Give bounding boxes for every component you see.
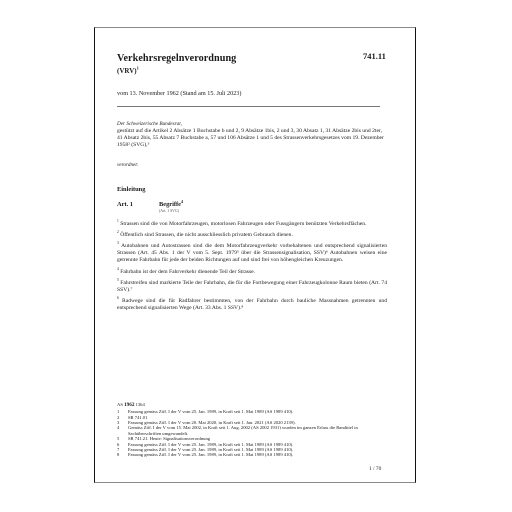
paragraph-text: Fahrstreifen sind markierte Teile der Fa…	[117, 280, 387, 293]
article-title: Begriffe4	[159, 201, 183, 208]
document-page: Verkehrsregelnverordnung (VRV)1 741.11 v…	[94, 27, 416, 483]
article-paragraph: 1 Strassen sind die von Motorfahrzeugen,…	[117, 221, 387, 228]
footnotes-header: AS 1962 1364	[117, 402, 387, 408]
article-number: Art. 1	[117, 201, 133, 208]
systematic-number: 741.11	[363, 51, 386, 61]
footnote: 4Gemäss Ziff. I der V vom 15. Mai 2002, …	[117, 425, 387, 436]
as-year: 1962	[124, 402, 134, 408]
article-paragraphs: 1 Strassen sind die von Motorfahrzeugen,…	[117, 221, 387, 316]
preamble-intro: Der Schweizerische Bundesrat,	[117, 121, 182, 127]
article-paragraph: 2 Öffentlich sind Strassen, die nicht au…	[117, 232, 387, 239]
article-paragraph: 5 Fahrstreifen sind markierte Teile der …	[117, 280, 387, 294]
paragraph-text: Fahrbahn ist der dem Fahrverkehr dienend…	[119, 269, 255, 275]
document-abbreviation: (VRV)1	[117, 67, 139, 75]
article-paragraph: 4 Fahrbahn ist der dem Fahrverkehr diene…	[117, 269, 387, 276]
date-line: vom 13. November 1962 (Stand am 15. Juli…	[117, 90, 241, 97]
paragraph-text: Strassen sind die von Motorfahrzeugen, m…	[119, 221, 367, 227]
as-prefix: AS	[117, 402, 123, 407]
abbreviation-text: (VRV)	[117, 67, 137, 75]
paragraph-text: Öffentlich sind Strassen, die nicht auss…	[119, 232, 293, 238]
footnote-number: 8	[117, 452, 128, 457]
preamble-body: gestützt auf die Artikel 2 Absätze 1 Buc…	[117, 128, 387, 149]
paragraph-text: Radwege sind die für Radfahrer bestimmte…	[117, 298, 387, 311]
section-heading: Einleitung	[117, 186, 145, 193]
paragraph-text: Autobahnen und Autostrassen sind die dem…	[117, 243, 387, 263]
footnote: 8Fassung gemäss Ziff. I der V vom 25. Ja…	[117, 452, 387, 457]
document-title: Verkehrsregelnverordnung	[117, 53, 236, 64]
horizontal-rule	[117, 106, 380, 107]
footnote-text: Gemäss Ziff. I der V vom 15. Mai 2002, i…	[128, 425, 387, 436]
article-reference: (Art. 1 SVG)	[159, 209, 179, 213]
footnote-number: 4	[117, 425, 128, 436]
preamble-closing: verordnet:	[117, 162, 139, 168]
article-title-text: Begriffe	[159, 201, 181, 208]
article-paragraph: 6 Radwege sind die für Radfahrer bestimm…	[117, 298, 387, 312]
article-paragraph: 3 Autobahnen und Autostrassen sind die d…	[117, 243, 387, 264]
footnote-text: Fassung gemäss Ziff. I der V vom 25. Jan…	[128, 452, 387, 457]
page-indicator: 1 / 70	[369, 466, 381, 472]
footnotes: AS 1962 1364 1Fassung gemäss Ziff. I der…	[117, 402, 387, 458]
footnote-ref[interactable]: 1	[137, 66, 139, 71]
as-page: 1364	[136, 402, 145, 407]
footnote-ref[interactable]: 4	[181, 199, 183, 204]
footnote-list: 1Fassung gemäss Ziff. I der V vom 25. Ja…	[117, 409, 387, 458]
